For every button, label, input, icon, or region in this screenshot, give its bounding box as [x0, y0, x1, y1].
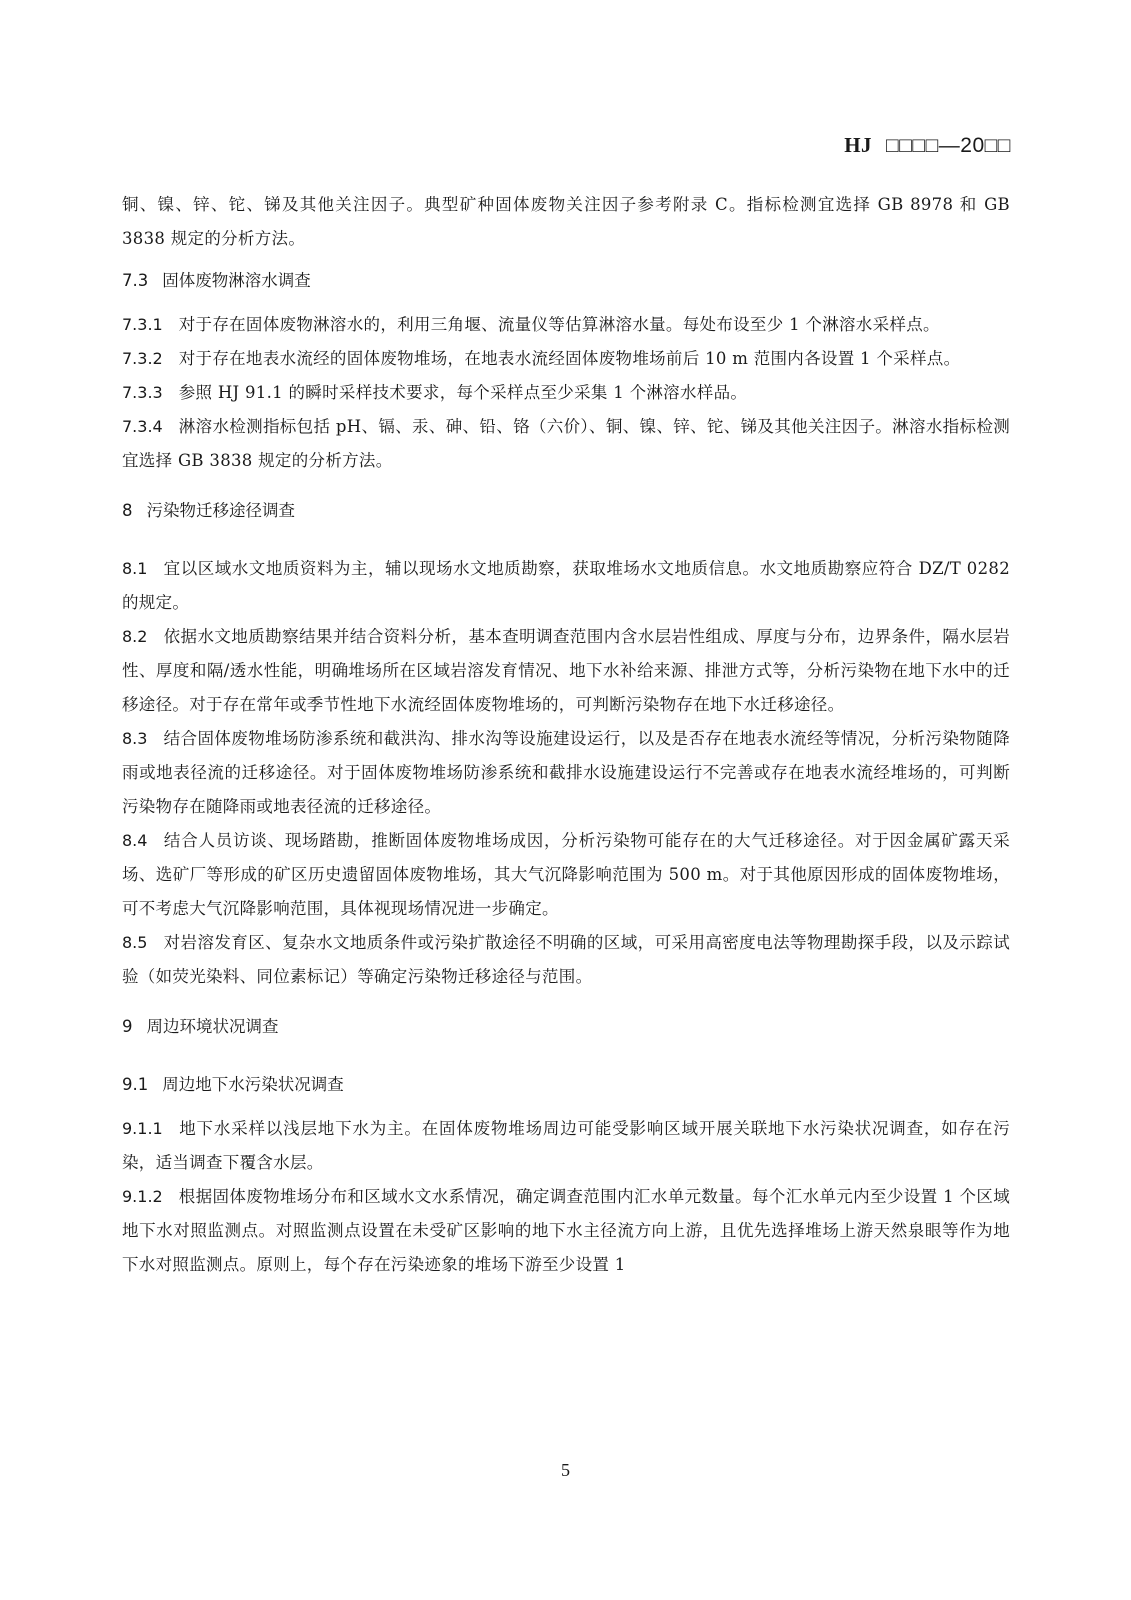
document-body: 铜、镍、锌、铊、锑及其他关注因子。典型矿种固体废物关注因子参考附录 C。指标检测…: [122, 188, 1010, 1282]
section-number: 9.1: [122, 1075, 148, 1094]
section-title: 周边地下水污染状况调查: [162, 1075, 344, 1094]
section-number: 7.3: [122, 271, 148, 290]
clause-text: 淋溶水检测指标包括 pH、镉、汞、砷、铅、铬（六价）、铜、镍、锌、铊、锑及其他关…: [122, 417, 1010, 470]
clause-7-3-1: 7.3.1对于存在固体废物淋溶水的，利用三角堰、流量仪等估算淋溶水量。每处布设至…: [122, 308, 1010, 342]
clause-number: 7.3.4: [122, 417, 163, 436]
section-number: 8: [122, 501, 133, 520]
clause-text: 结合固体废物堆场防渗系统和截洪沟、排水沟等设施建设运行，以及是否存在地表水流经等…: [122, 729, 1010, 816]
clause-text: 依据水文地质勘察结果并结合资料分析，基本查明调查范围内含水层岩性组成、厚度与分布…: [122, 627, 1010, 714]
clause-text: 根据固体废物堆场分布和区域水文水系情况，确定调查范围内汇水单元数量。每个汇水单元…: [122, 1187, 1010, 1274]
clause-8-1: 8.1宜以区域水文地质资料为主，辅以现场水文地质勘察，获取堆场水文地质信息。水文…: [122, 552, 1010, 620]
clause-text: 参照 HJ 91.1 的瞬时采样技术要求，每个采样点至少采集 1 个淋溶水样品。: [179, 383, 747, 402]
clause-text: 对于存在固体废物淋溶水的，利用三角堰、流量仪等估算淋溶水量。每处布设至少 1 个…: [179, 315, 940, 334]
page-number: 5: [0, 1460, 1131, 1481]
paragraph-text: 铜、镍、锌、铊、锑及其他关注因子。典型矿种固体废物关注因子参考附录 C。指标检测…: [122, 195, 1010, 248]
clause-number: 7.3.2: [122, 349, 163, 368]
clause-7-3-3: 7.3.3参照 HJ 91.1 的瞬时采样技术要求，每个采样点至少采集 1 个淋…: [122, 376, 1010, 410]
section-heading-7-3: 7.3固体废物淋溶水调查: [122, 264, 1010, 298]
section-heading-8: 8污染物迁移途径调查: [122, 494, 1010, 528]
clause-text: 对于存在地表水流经的固体废物堆场，在地表水流经固体废物堆场前后 10 m 范围内…: [179, 349, 961, 368]
section-heading-9: 9周边环境状况调查: [122, 1010, 1010, 1044]
clause-number: 9.1.2: [122, 1187, 163, 1206]
standard-code: □□□□—20□□: [886, 134, 1011, 157]
section-number: 9: [122, 1017, 133, 1036]
clause-8-4: 8.4结合人员访谈、现场踏勘，推断固体废物堆场成因，分析污染物可能存在的大气迁移…: [122, 824, 1010, 926]
clause-number: 8.2: [122, 627, 147, 646]
clause-text: 地下水采样以浅层地下水为主。在固体废物堆场周边可能受影响区域开展关联地下水污染状…: [122, 1119, 1010, 1172]
section-title: 污染物迁移途径调查: [147, 501, 296, 520]
section-heading-9-1: 9.1周边地下水污染状况调查: [122, 1068, 1010, 1102]
clause-7-3-2: 7.3.2对于存在地表水流经的固体废物堆场，在地表水流经固体废物堆场前后 10 …: [122, 342, 1010, 376]
clause-text: 宜以区域水文地质资料为主，辅以现场水文地质勘察，获取堆场水文地质信息。水文地质勘…: [122, 559, 1010, 612]
clause-8-2: 8.2依据水文地质勘察结果并结合资料分析，基本查明调查范围内含水层岩性组成、厚度…: [122, 620, 1010, 722]
clause-number: 8.4: [122, 831, 147, 850]
standard-prefix: HJ: [844, 133, 872, 157]
clause-text: 结合人员访谈、现场踏勘，推断固体废物堆场成因，分析污染物可能存在的大气迁移途径。…: [122, 831, 1010, 918]
document-header: HJ□□□□—20□□: [844, 133, 1011, 158]
clause-number: 9.1.1: [122, 1119, 163, 1138]
clause-number: 7.3.1: [122, 315, 163, 334]
paragraph-continuation: 铜、镍、锌、铊、锑及其他关注因子。典型矿种固体废物关注因子参考附录 C。指标检测…: [122, 188, 1010, 256]
clause-number: 8.1: [122, 559, 147, 578]
section-title: 固体废物淋溶水调查: [162, 271, 311, 290]
clause-number: 7.3.3: [122, 383, 163, 402]
clause-9-1-1: 9.1.1地下水采样以浅层地下水为主。在固体废物堆场周边可能受影响区域开展关联地…: [122, 1112, 1010, 1180]
clause-9-1-2: 9.1.2根据固体废物堆场分布和区域水文水系情况，确定调查范围内汇水单元数量。每…: [122, 1180, 1010, 1282]
clause-number: 8.5: [122, 933, 147, 952]
section-title: 周边环境状况调查: [147, 1017, 279, 1036]
clause-8-3: 8.3结合固体废物堆场防渗系统和截洪沟、排水沟等设施建设运行，以及是否存在地表水…: [122, 722, 1010, 824]
clause-number: 8.3: [122, 729, 147, 748]
clause-7-3-4: 7.3.4淋溶水检测指标包括 pH、镉、汞、砷、铅、铬（六价）、铜、镍、锌、铊、…: [122, 410, 1010, 478]
clause-text: 对岩溶发育区、复杂水文地质条件或污染扩散途径不明确的区域，可采用高密度电法等物理…: [122, 933, 1010, 986]
clause-8-5: 8.5对岩溶发育区、复杂水文地质条件或污染扩散途径不明确的区域，可采用高密度电法…: [122, 926, 1010, 994]
